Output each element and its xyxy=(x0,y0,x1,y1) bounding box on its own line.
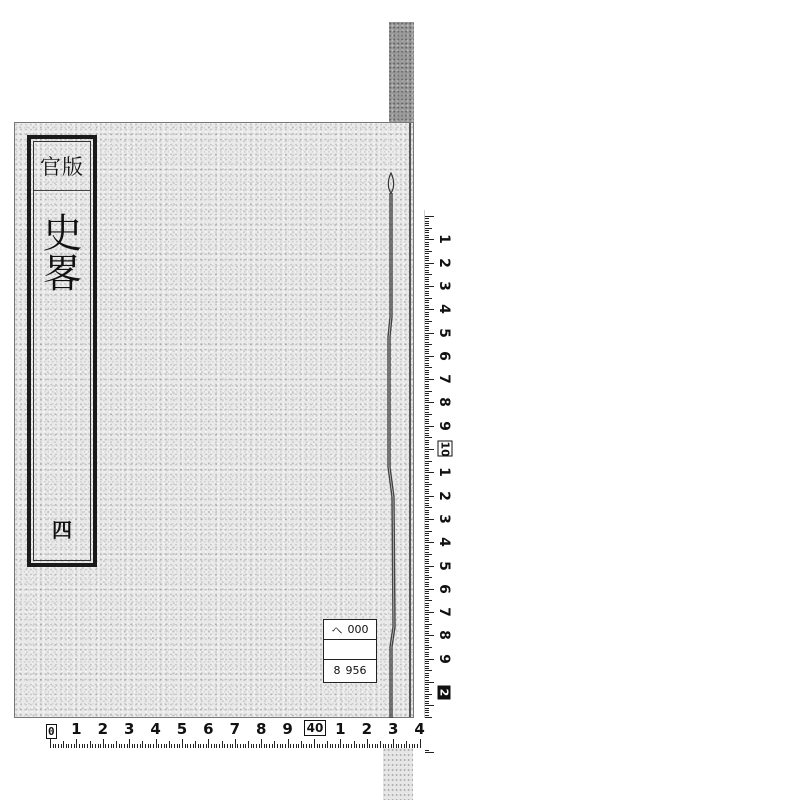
ruler-tick xyxy=(298,744,299,748)
ruler-tick xyxy=(211,744,212,748)
ruler-tick xyxy=(274,741,275,748)
ruler-tick xyxy=(425,395,429,396)
ruler-tick xyxy=(425,484,432,485)
ruler-tick xyxy=(425,230,429,231)
ruler-tick xyxy=(425,372,429,373)
ruler-number: 3 xyxy=(436,279,452,293)
ruler-tick xyxy=(425,468,429,469)
ruler-tick xyxy=(425,309,434,310)
ruler-number: 6 xyxy=(201,720,215,738)
ruler-tick xyxy=(425,365,429,366)
ruler-tick xyxy=(425,284,429,285)
ruler-tick xyxy=(425,475,429,476)
ruler-tick xyxy=(425,239,434,240)
ruler-tick xyxy=(362,744,363,748)
ruler-tick xyxy=(425,342,429,343)
ruler-tick xyxy=(111,744,112,748)
ruler-tick xyxy=(425,302,429,303)
ruler-tick xyxy=(425,498,429,499)
ruler-number: 1 xyxy=(333,720,347,738)
ruler-tick xyxy=(425,265,429,266)
ruler-tick xyxy=(63,741,64,748)
ruler-tick xyxy=(164,744,165,748)
ruler-number: 4 xyxy=(149,720,163,738)
ruler-tick xyxy=(425,335,429,336)
ruler-tick xyxy=(425,612,434,613)
ruler-tick xyxy=(409,744,410,748)
ruler-tick xyxy=(253,744,254,748)
ruler-tick xyxy=(425,750,429,751)
ruler-tick xyxy=(425,561,429,562)
ruler-tick xyxy=(425,374,429,375)
ruler-tick xyxy=(425,598,429,599)
ruler-tick xyxy=(425,272,429,273)
ruler-tick xyxy=(425,458,429,459)
ruler-tick xyxy=(293,744,294,748)
ruler-tick xyxy=(425,456,429,457)
ruler-tick xyxy=(425,305,429,306)
ruler-tick xyxy=(425,333,434,334)
ruler-tick xyxy=(425,663,429,664)
ruler-tick xyxy=(290,744,291,748)
ruler-tick xyxy=(425,566,434,567)
ruler-tick xyxy=(425,586,429,587)
ruler-tick xyxy=(259,744,260,748)
ruler-tick xyxy=(71,744,72,748)
ruler-tick xyxy=(425,426,434,427)
ruler-tick xyxy=(208,739,209,748)
ruler-tick xyxy=(245,744,246,748)
ruler-tick xyxy=(406,741,407,748)
ruler-tick xyxy=(425,444,429,445)
ruler-tick xyxy=(425,712,429,713)
ruler-tick xyxy=(425,277,429,278)
ruler-tick xyxy=(393,739,394,748)
ruler-tick xyxy=(425,326,429,327)
ruler-tick xyxy=(179,744,180,748)
ruler-tick xyxy=(153,744,154,748)
ruler-tick xyxy=(425,339,429,340)
ruler-tick xyxy=(425,642,429,643)
ruler-tick xyxy=(425,279,429,280)
ruler-tick xyxy=(425,698,429,699)
ruler-tick xyxy=(425,605,429,606)
ruler-tick xyxy=(425,680,429,681)
ruler-tick xyxy=(425,673,429,674)
ruler-tick xyxy=(261,739,262,748)
ruler-tick xyxy=(425,656,429,657)
ruler-tick xyxy=(425,503,429,504)
ruler-tick xyxy=(425,298,432,299)
ruler-tick xyxy=(425,391,432,392)
ruler-tick xyxy=(195,741,196,748)
ruler-tick xyxy=(116,741,117,748)
ruler-tick xyxy=(425,249,429,250)
spine-tab xyxy=(389,22,414,122)
ruler-tick xyxy=(425,316,429,317)
ruler-tick xyxy=(425,228,432,229)
ruler-tick xyxy=(425,430,429,431)
ruler-tick xyxy=(216,744,217,748)
ruler-tick xyxy=(425,319,429,320)
ruler-tick xyxy=(425,614,429,615)
ruler-tick xyxy=(425,442,429,443)
ruler-tick xyxy=(425,281,429,282)
ruler-tick xyxy=(375,744,376,748)
ruler-tick xyxy=(425,524,429,525)
ruler-tick xyxy=(425,356,434,357)
ruler-tick xyxy=(82,744,83,748)
ruler-tick xyxy=(412,744,413,748)
ruler-tick xyxy=(230,744,231,748)
ruler-tick xyxy=(425,312,429,313)
ruler-tick xyxy=(338,744,339,748)
ruler-tick xyxy=(148,744,149,748)
ruler-tick xyxy=(296,744,297,748)
ruler-tick xyxy=(425,470,429,471)
ruler-tick xyxy=(425,253,429,254)
ruler-tick xyxy=(425,416,429,417)
ruler-tick xyxy=(425,330,429,331)
ruler-tick xyxy=(425,552,429,553)
ruler-tick xyxy=(185,744,186,748)
ruler-tick xyxy=(425,666,429,667)
ruler-tick xyxy=(425,433,429,434)
ruler-tick xyxy=(100,744,101,748)
ruler-tick xyxy=(425,531,432,532)
volume-number: 四 xyxy=(34,514,90,543)
ruler-tick xyxy=(369,744,370,748)
ruler-tick xyxy=(425,402,434,403)
ruler-tick xyxy=(425,421,429,422)
ruler-number: 5 xyxy=(436,326,452,340)
ruler-number: 9 xyxy=(436,652,452,666)
ruler-tick xyxy=(388,744,389,748)
ruler-tick xyxy=(425,610,429,611)
ruler-tick xyxy=(248,741,249,748)
ruler-number: 3 xyxy=(386,720,400,738)
ruler-tick xyxy=(193,744,194,748)
ruler-tick xyxy=(61,744,62,748)
ruler-tick xyxy=(150,744,151,748)
ruler-tick xyxy=(425,563,429,564)
cover-edge-line xyxy=(409,123,411,717)
ruler-tick xyxy=(425,447,429,448)
ruler-tick xyxy=(319,744,320,748)
ruler-number: 2 xyxy=(436,489,452,503)
ruler-tick xyxy=(425,654,429,655)
ruler-tick xyxy=(425,363,429,364)
ruler-number: 5 xyxy=(175,720,189,738)
ruler-tick xyxy=(425,225,429,226)
ruler-tick xyxy=(124,744,125,748)
ruler-tick xyxy=(425,449,434,450)
ruler-tick xyxy=(309,744,310,748)
ruler-tick xyxy=(425,547,429,548)
ruler-tick xyxy=(414,744,415,748)
ruler-tick xyxy=(425,621,429,622)
ruler-tick xyxy=(425,670,432,671)
ruler-tick xyxy=(190,744,191,748)
ruler-tick xyxy=(425,293,429,294)
ruler-tick xyxy=(425,358,429,359)
ruler-tick xyxy=(425,538,429,539)
ruler-number: 7 xyxy=(436,372,452,386)
ruler-tick xyxy=(425,705,434,706)
ruler-tick xyxy=(425,235,429,236)
ruler-tick xyxy=(425,412,429,413)
ruler-tick xyxy=(425,619,429,620)
ruler-tick xyxy=(359,744,360,748)
ruler-tick xyxy=(200,744,201,748)
ruler-tick xyxy=(425,437,432,438)
ruler-tick xyxy=(425,752,434,753)
ruler-number: 1 xyxy=(436,232,452,246)
ruler-tick xyxy=(425,638,429,639)
ruler-tick xyxy=(425,526,429,527)
ruler-tick xyxy=(385,744,386,748)
ruler-tick xyxy=(425,267,429,268)
ruler-number: 9 xyxy=(436,419,452,433)
ruler-tick xyxy=(425,379,434,380)
ruler-tick xyxy=(330,744,331,748)
ruler-tick xyxy=(306,744,307,748)
ruler-tick xyxy=(425,542,434,543)
ruler-tick xyxy=(425,675,429,676)
ruler-number: 6 xyxy=(436,349,452,363)
ruler-tick xyxy=(425,545,429,546)
ruler-tick xyxy=(351,744,352,748)
ruler-tick xyxy=(343,744,344,748)
ruler-tick xyxy=(364,744,365,748)
ruler-number: 6 xyxy=(436,582,452,596)
ruler-tick xyxy=(66,744,67,748)
catalog-value: 956 xyxy=(346,664,367,677)
ruler-tick xyxy=(425,708,429,709)
ruler-tick xyxy=(425,251,432,252)
ruler-tick xyxy=(425,570,429,571)
ruler-tick xyxy=(425,554,432,555)
ruler-tick xyxy=(425,633,429,634)
ruler-tick xyxy=(142,741,143,748)
ruler-tick xyxy=(425,407,429,408)
ruler-tick xyxy=(425,307,429,308)
ruler-tick xyxy=(377,744,378,748)
ruler-tick xyxy=(301,741,302,748)
ruler-tick xyxy=(425,645,429,646)
ruler-tick xyxy=(187,744,188,748)
ruler-tick xyxy=(137,744,138,748)
ruler-tick xyxy=(380,741,381,748)
ruler-number: 10 xyxy=(438,441,453,457)
ruler-tick xyxy=(425,377,429,378)
book-title: 史畧 xyxy=(34,212,90,292)
ruler-number: 7 xyxy=(228,720,242,738)
ruler-tick xyxy=(425,607,429,608)
ruler-tick xyxy=(425,244,429,245)
ruler-tick xyxy=(227,744,228,748)
ruler-number: 5 xyxy=(436,559,452,573)
ruler-tick xyxy=(98,744,99,748)
ruler-tick xyxy=(198,744,199,748)
ruler-tick xyxy=(425,533,429,534)
ruler-tick xyxy=(425,482,429,483)
ruler-tick xyxy=(425,388,429,389)
ruler-tick xyxy=(425,237,429,238)
ruler-tick xyxy=(425,260,429,261)
ruler-tick xyxy=(425,624,432,625)
ruler-tick xyxy=(425,223,429,224)
ruler-tick xyxy=(425,626,429,627)
ruler-tick xyxy=(127,744,128,748)
ruler-tick xyxy=(425,591,429,592)
ruler-tick xyxy=(169,741,170,748)
ruler-tick xyxy=(401,744,402,748)
ruler-tick xyxy=(425,328,429,329)
ruler-tick xyxy=(425,652,429,653)
ruler-tick xyxy=(425,314,429,315)
ruler-tick xyxy=(314,739,315,748)
ruler-tick xyxy=(348,744,349,748)
ruler-number: 3 xyxy=(122,720,136,738)
ruler-tick xyxy=(340,739,341,748)
ruler-tick xyxy=(272,744,273,748)
vertical-ruler: 123456789101234567892 xyxy=(424,210,455,745)
ruler-tick xyxy=(425,701,429,702)
ruler-number: 8 xyxy=(254,720,268,738)
ruler-tick xyxy=(156,739,157,748)
binding-thread xyxy=(385,167,397,719)
ruler-tick xyxy=(177,744,178,748)
ruler-tick xyxy=(425,218,429,219)
ruler-tick xyxy=(346,744,347,748)
ruler-tick xyxy=(311,744,312,748)
ruler-tick xyxy=(383,744,384,748)
ruler-tick xyxy=(425,321,432,322)
ruler-tick xyxy=(158,744,159,748)
ruler-tick xyxy=(327,741,328,748)
ruler-tick xyxy=(425,568,429,569)
ruler-tick xyxy=(425,512,429,513)
ruler-tick xyxy=(425,323,429,324)
ruler-tick xyxy=(161,744,162,748)
ruler-tick xyxy=(425,414,432,415)
ruler-tick xyxy=(425,514,429,515)
ruler-tick xyxy=(425,472,434,473)
ruler-tick xyxy=(92,744,93,748)
catalog-mark: ヘ xyxy=(332,622,343,638)
ruler-number: 8 xyxy=(436,395,452,409)
ruler-number: 8 xyxy=(436,628,452,642)
catalog-label-row xyxy=(324,640,376,660)
ruler-tick xyxy=(425,535,429,536)
ruler-tick xyxy=(425,465,429,466)
ruler-tick xyxy=(232,744,233,748)
ruler-tick xyxy=(425,263,434,264)
ruler-number: 7 xyxy=(436,605,452,619)
ruler-tick xyxy=(425,703,429,704)
title-slip: 官版 史畧 四 xyxy=(27,135,97,567)
ruler-tick xyxy=(425,507,432,508)
ruler-tick xyxy=(288,739,289,748)
ruler-tick xyxy=(132,744,133,748)
ruler-tick xyxy=(356,744,357,748)
ruler-tick xyxy=(425,579,429,580)
ruler-tick xyxy=(425,386,429,387)
ruler-tick xyxy=(425,398,429,399)
ruler-tick xyxy=(417,744,418,748)
ruler-tick xyxy=(90,741,91,748)
ruler-tick xyxy=(317,744,318,748)
ruler-number: 9 xyxy=(281,720,295,738)
ruler-tick xyxy=(425,593,429,594)
ruler-tick xyxy=(332,744,333,748)
ruler-tick xyxy=(425,661,429,662)
ruler-tick xyxy=(303,744,304,748)
ruler-tick xyxy=(425,631,429,632)
ruler-tick xyxy=(58,744,59,748)
ruler-tick xyxy=(425,689,429,690)
title-slip-inner-border: 官版 史畧 四 xyxy=(33,141,91,561)
ruler-tick xyxy=(269,744,270,748)
ruler-tick xyxy=(396,744,397,748)
ruler-tick xyxy=(425,505,429,506)
ruler-tick xyxy=(425,589,434,590)
ruler-tick xyxy=(425,409,429,410)
ruler-tick xyxy=(425,596,429,597)
ruler-number: 2 xyxy=(96,720,110,738)
ruler-tick xyxy=(425,603,429,604)
ruler-tick xyxy=(425,628,429,629)
ruler-tick xyxy=(425,635,434,636)
catalog-value: 000 xyxy=(348,623,369,636)
ruler-tick xyxy=(53,744,54,748)
ruler-tick xyxy=(171,744,172,748)
ruler-tick xyxy=(425,351,429,352)
ruler-tick xyxy=(134,744,135,748)
ruler-tick xyxy=(425,246,429,247)
ruler-tick xyxy=(425,393,429,394)
ruler-tick xyxy=(266,744,267,748)
ruler-tick xyxy=(425,540,429,541)
ruler-tick xyxy=(425,486,429,487)
ruler-tick xyxy=(74,744,75,748)
ruler-tick xyxy=(425,367,432,368)
ruler-tick xyxy=(140,744,141,748)
ruler-tick xyxy=(420,739,421,748)
ruler-tick xyxy=(425,384,429,385)
ruler-tick xyxy=(251,744,252,748)
ruler-tick xyxy=(425,559,429,560)
ruler-tick xyxy=(87,744,88,748)
ruler-tick xyxy=(325,744,326,748)
ruler-tick xyxy=(206,744,207,748)
ruler-tick xyxy=(425,232,429,233)
ruler-tick xyxy=(425,640,429,641)
ruler-tick xyxy=(224,744,225,748)
ruler-tick xyxy=(119,744,120,748)
ruler-tick xyxy=(214,744,215,748)
ruler-tick xyxy=(425,696,429,697)
spine-tab-bottom xyxy=(383,748,413,800)
ruler-tick xyxy=(425,256,429,257)
ruler-tick xyxy=(425,517,429,518)
horizontal-ruler: 0123456789401234 xyxy=(44,718,434,748)
ruler-tick xyxy=(425,687,429,688)
ruler-tick xyxy=(425,647,432,648)
ruler-tick xyxy=(425,715,429,716)
ruler-tick xyxy=(425,479,429,480)
